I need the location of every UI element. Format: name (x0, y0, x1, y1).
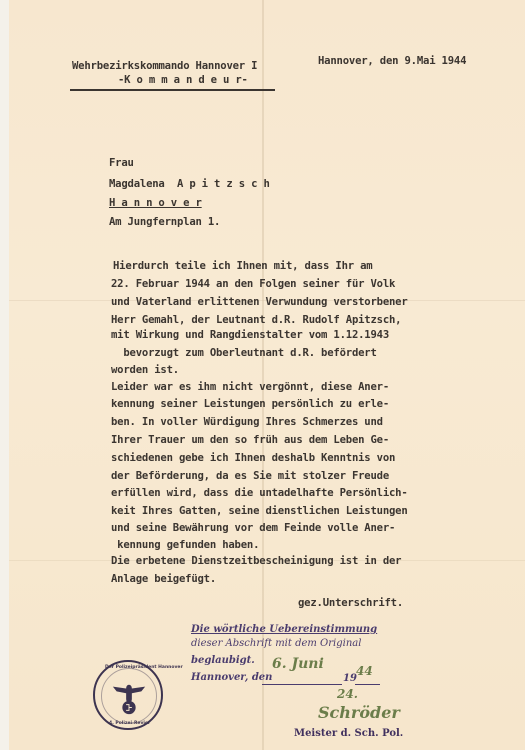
year-prefix: 19 (343, 673, 357, 684)
body-line: erfüllen wird, dass die untadelhafte Per… (111, 487, 408, 499)
body-line: mit Wirkung und Rangdienstalter vom 1.12… (111, 329, 389, 341)
body-line: 22. Februar 1944 an den Folgen seiner fü… (111, 278, 395, 290)
body-line: Die erbetene Dienstzeitbescheinigung ist… (111, 555, 401, 567)
handwritten-initials: 24. (337, 687, 358, 701)
recipient-city: H a n n o v e r (109, 197, 202, 209)
body-line: Herr Gemahl, der Leutnant d.R. Rudolf Ap… (111, 314, 401, 326)
body-line: Leider war es ihm nicht vergönnt, diese … (111, 381, 389, 393)
recipient-salutation: Frau (109, 157, 134, 169)
handwritten-year: 44 (356, 664, 373, 678)
sender-line: Wehrbezirkskommando Hannover I (72, 60, 257, 72)
place-date: Hannover, den 9.Mai 1944 (318, 55, 466, 67)
signer-title: Meister d. Sch. Pol. (294, 728, 403, 739)
sender-title: -K o m m a n d e u r- (118, 74, 248, 86)
body-line: ben. In voller Würdigung Ihres Schmerzes… (111, 416, 383, 428)
body-line: worden ist. (111, 364, 179, 376)
body-line: und Vaterland erlittenen Verwundung vers… (111, 296, 408, 308)
certification-line: dieser Abschrift mit dem Original (191, 638, 361, 649)
body-line: bevorzugt zum Oberleutnant d.R. beförder… (111, 347, 377, 359)
header-rule (70, 89, 275, 91)
handwritten-date: 6. Juni (272, 656, 324, 672)
certification-line: beglaubigt. (191, 655, 255, 666)
body-line: der Beförderung, da es Sie mit stolzer F… (111, 470, 389, 482)
body-line: Ihrer Trauer um den so früh aus dem Lebe… (111, 434, 389, 446)
certification-line: Die wörtliche Uebereinstimmung (191, 624, 377, 635)
handwritten-signature: Schröder (318, 703, 400, 722)
date-blank-line (262, 684, 342, 685)
eagle-emblem-icon (110, 679, 148, 717)
body-line: Anlage beigefügt. (111, 573, 216, 585)
signature-note: gez.Unterschrift. (298, 597, 403, 609)
recipient-street: Am Jungfernplan 1. (109, 216, 220, 228)
year-blank-line (355, 684, 380, 685)
body-line: keit Ihres Gatten, seine dienstlichen Le… (111, 505, 408, 517)
stamp-text-top: Der Polizeipräsident Hannover (105, 664, 183, 669)
body-line: kennung gefunden haben. (111, 539, 259, 551)
certification-place: Hannover, den (191, 672, 272, 683)
recipient-name: Magdalena A p i t z s c h (109, 178, 270, 190)
stamp-text-bottom: 4. Polizei-Revier (109, 720, 150, 725)
body-line: und seine Bewährung vor dem Feinde volle… (111, 522, 395, 534)
body-line: Hierdurch teile ich Ihnen mit, dass Ihr … (113, 260, 372, 272)
body-line: schiedenen gebe ich Ihnen deshalb Kenntn… (111, 452, 395, 464)
body-line: kennung seiner Leistungen persönlich zu … (111, 398, 389, 410)
official-stamp: Der Polizeipräsident Hannover 4. Polizei… (93, 660, 163, 730)
